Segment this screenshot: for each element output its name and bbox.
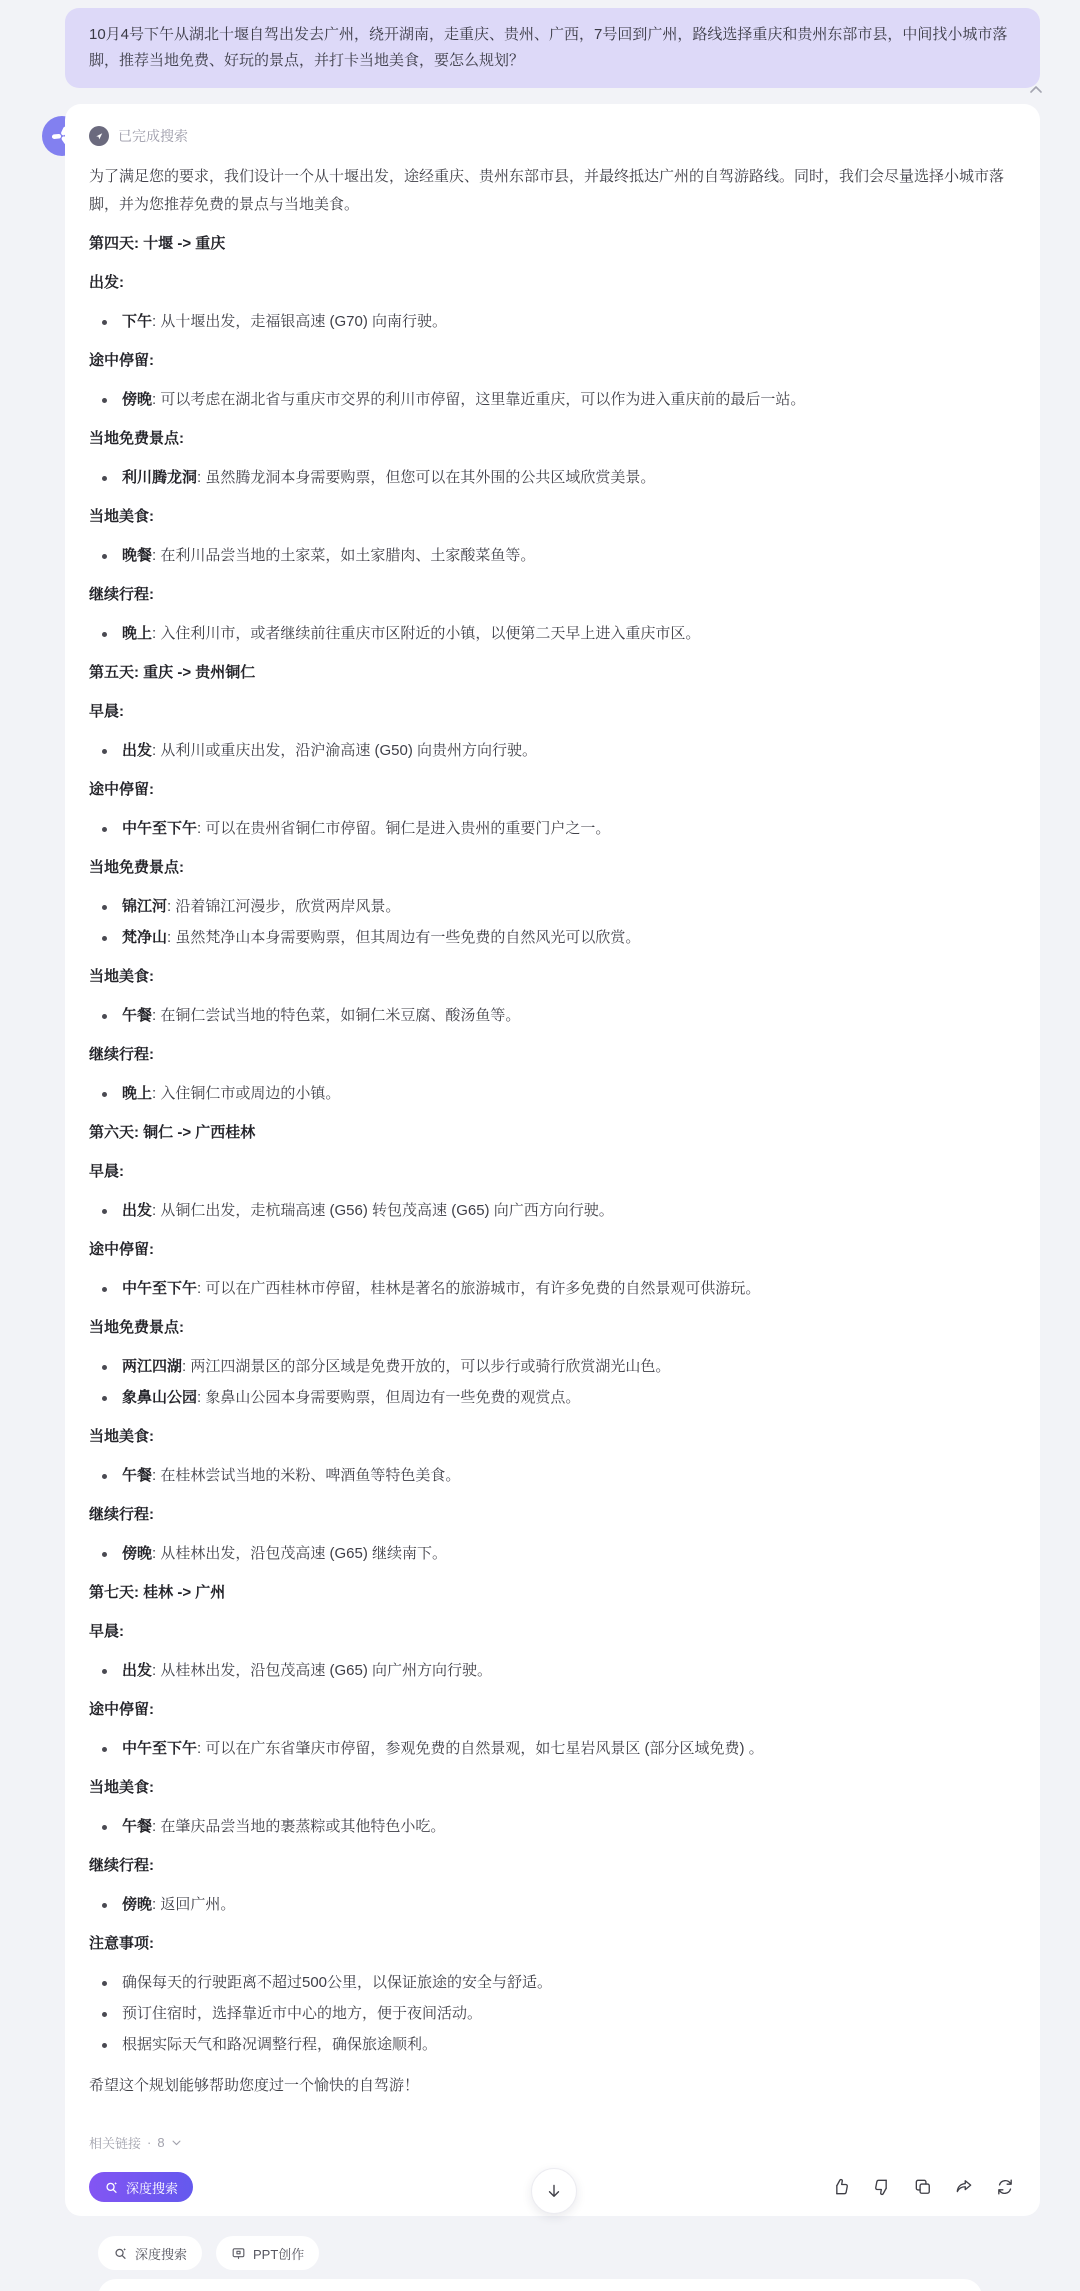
related-links-label: 相关链接 xyxy=(89,2133,141,2152)
deep-search-tag[interactable]: 深度搜索 xyxy=(89,2172,193,2202)
section-heading: 第五天: 重庆 -> 贵州铜仁 xyxy=(89,659,1016,687)
list-item: 傍晚: 从桂林出发，沿包茂高速 (G65) 继续南下。 xyxy=(89,1540,1016,1568)
chip-deep-search-label: 深度搜索 xyxy=(135,2244,187,2263)
section-heading: 第六天: 铜仁 -> 广西桂林 xyxy=(89,1119,1016,1147)
list-item: 中午至下午: 可以在广东省肇庆市停留，参观免费的自然景观，如七星岩风景区 (部分… xyxy=(89,1735,1016,1763)
search-done-icon xyxy=(89,126,109,146)
list-item: 晚上: 入住铜仁市或周边的小镇。 xyxy=(89,1080,1016,1108)
section-heading: 第四天: 十堰 -> 重庆 xyxy=(89,230,1016,258)
related-links-separator: · xyxy=(147,2135,151,2150)
paragraph: 希望这个规划能够帮助您度过一个愉快的自驾游！ xyxy=(89,2072,1016,2100)
list-item: 象鼻山公园: 象鼻山公园本身需要购票，但周边有一些免费的观赏点。 xyxy=(89,1384,1016,1412)
list-item: 午餐: 在铜仁尝试当地的特色菜，如铜仁米豆腐、酸汤鱼等。 xyxy=(89,1002,1016,1030)
share-button[interactable] xyxy=(953,2176,975,2198)
section-heading: 继续行程: xyxy=(89,1041,1016,1069)
chip-deep-search[interactable]: 深度搜索 xyxy=(98,2236,202,2270)
response-blocks: 第四天: 十堰 -> 重庆出发:下午: 从十堰出发，走福银高速 (G70) 向南… xyxy=(89,230,1016,2100)
chevron-down-icon xyxy=(171,2137,182,2148)
section-heading: 当地美食: xyxy=(89,1774,1016,1802)
list-item: 锦江河: 沿着锦江河漫步，欣赏两岸风景。 xyxy=(89,893,1016,921)
section-heading: 途中停留: xyxy=(89,1236,1016,1264)
list-item: 预订住宿时，选择靠近市中心的地方，便于夜间活动。 xyxy=(89,2000,1016,2028)
scroll-to-bottom-button[interactable] xyxy=(531,2168,577,2214)
thumbs-down-button[interactable] xyxy=(871,2176,893,2198)
list-item: 确保每天的行驶距离不超过500公里，以保证旅途的安全与舒适。 xyxy=(89,1969,1016,1997)
related-links-toggle[interactable]: 相关链接 · 8 xyxy=(89,2133,182,2152)
list-item: 晚上: 入住利川市，或者继续前往重庆市区附近的小镇，以便第二天早上进入重庆市区。 xyxy=(89,620,1016,648)
assistant-response-card: 已完成搜索 为了满足您的要求，我们设计一个从十堰出发，途经重庆、贵州东部市县，并… xyxy=(65,104,1040,2216)
chevron-up-icon[interactable] xyxy=(1028,82,1044,98)
related-links-count: 8 xyxy=(157,2135,164,2150)
chip-ppt-create[interactable]: PPT创作 xyxy=(216,2236,319,2270)
section-heading: 当地免费景点: xyxy=(89,1314,1016,1342)
search-status-toggle[interactable]: 已完成搜索 xyxy=(89,126,1016,146)
copy-button[interactable] xyxy=(912,2176,934,2198)
section-heading: 当地美食: xyxy=(89,503,1016,531)
regenerate-button[interactable] xyxy=(994,2176,1016,2198)
thumbs-up-button[interactable] xyxy=(830,2176,852,2198)
ppt-icon xyxy=(231,2246,246,2261)
response-actions xyxy=(830,2176,1016,2198)
list-item: 中午至下午: 可以在贵州省铜仁市停留。铜仁是进入贵州的重要门户之一。 xyxy=(89,815,1016,843)
user-message-bubble: 10月4号下午从湖北十堰自驾出发去广州，绕开湖南，走重庆、贵州、广西，7号回到广… xyxy=(65,8,1040,88)
section-heading: 继续行程: xyxy=(89,1501,1016,1529)
list-item: 中午至下午: 可以在广西桂林市停留，桂林是著名的旅游城市，有许多免费的自然景观可… xyxy=(89,1275,1016,1303)
list-item: 梵净山: 虽然梵净山本身需要购票，但其周边有一些免费的自然风光可以欣赏。 xyxy=(89,924,1016,952)
section-heading: 途中停留: xyxy=(89,1696,1016,1724)
list-item: 傍晚: 可以考虑在湖北省与重庆市交界的利川市停留，这里靠近重庆，可以作为进入重庆… xyxy=(89,386,1016,414)
section-heading: 早晨: xyxy=(89,698,1016,726)
search-sparkle-icon xyxy=(113,2246,128,2261)
section-heading: 当地免费景点: xyxy=(89,854,1016,882)
response-content: 为了满足您的要求，我们设计一个从十堰出发，途经重庆、贵州东部市县，并最终抵达广州… xyxy=(89,163,1016,2100)
list-item: 傍晚: 返回广州。 xyxy=(89,1891,1016,1919)
chip-ppt-create-label: PPT创作 xyxy=(253,2244,304,2263)
list-item: 午餐: 在肇庆品尝当地的裹蒸粽或其他特色小吃。 xyxy=(89,1813,1016,1841)
list-item: 利川腾龙洞: 虽然腾龙洞本身需要购票，但您可以在其外围的公共区域欣赏美景。 xyxy=(89,464,1016,492)
list-item: 午餐: 在桂林尝试当地的米粉、啤酒鱼等特色美食。 xyxy=(89,1462,1016,1490)
deep-search-tag-label: 深度搜索 xyxy=(126,2178,178,2197)
toolbar-chips: 深度搜索 PPT创作 xyxy=(98,2236,319,2270)
arrow-down-icon xyxy=(545,2182,563,2200)
list-item: 下午: 从十堰出发，走福银高速 (G70) 向南行驶。 xyxy=(89,308,1016,336)
section-heading: 继续行程: xyxy=(89,1852,1016,1880)
section-heading: 注意事项: xyxy=(89,1930,1016,1958)
section-heading: 当地免费景点: xyxy=(89,425,1016,453)
section-heading: 当地美食: xyxy=(89,963,1016,991)
section-heading: 出发: xyxy=(89,269,1016,297)
list-item: 两江四湖: 两江四湖景区的部分区域是免费开放的，可以步行或骑行欣赏湖光山色。 xyxy=(89,1353,1016,1381)
list-item: 根据实际天气和路况调整行程，确保旅途顺利。 xyxy=(89,2031,1016,2059)
list-item: 出发: 从利川或重庆出发，沿沪渝高速 (G50) 向贵州方向行驶。 xyxy=(89,737,1016,765)
section-heading: 继续行程: xyxy=(89,581,1016,609)
list-item: 晚餐: 在利川品尝当地的土家菜，如土家腊肉、土家酸菜鱼等。 xyxy=(89,542,1016,570)
search-status-label: 已完成搜索 xyxy=(118,126,188,146)
intro-paragraph: 为了满足您的要求，我们设计一个从十堰出发，途经重庆、贵州东部市县，并最终抵达广州… xyxy=(89,163,1016,219)
search-sparkle-icon xyxy=(104,2180,119,2195)
list-item: 出发: 从铜仁出发，走杭瑞高速 (G56) 转包茂高速 (G65) 向广西方向行… xyxy=(89,1197,1016,1225)
message-input[interactable] xyxy=(98,2279,982,2291)
section-heading: 途中停留: xyxy=(89,776,1016,804)
section-heading: 第七天: 桂林 -> 广州 xyxy=(89,1579,1016,1607)
section-heading: 早晨: xyxy=(89,1618,1016,1646)
section-heading: 当地美食: xyxy=(89,1423,1016,1451)
section-heading: 途中停留: xyxy=(89,347,1016,375)
list-item: 出发: 从桂林出发，沿包茂高速 (G65) 向广州方向行驶。 xyxy=(89,1657,1016,1685)
section-heading: 早晨: xyxy=(89,1158,1016,1186)
